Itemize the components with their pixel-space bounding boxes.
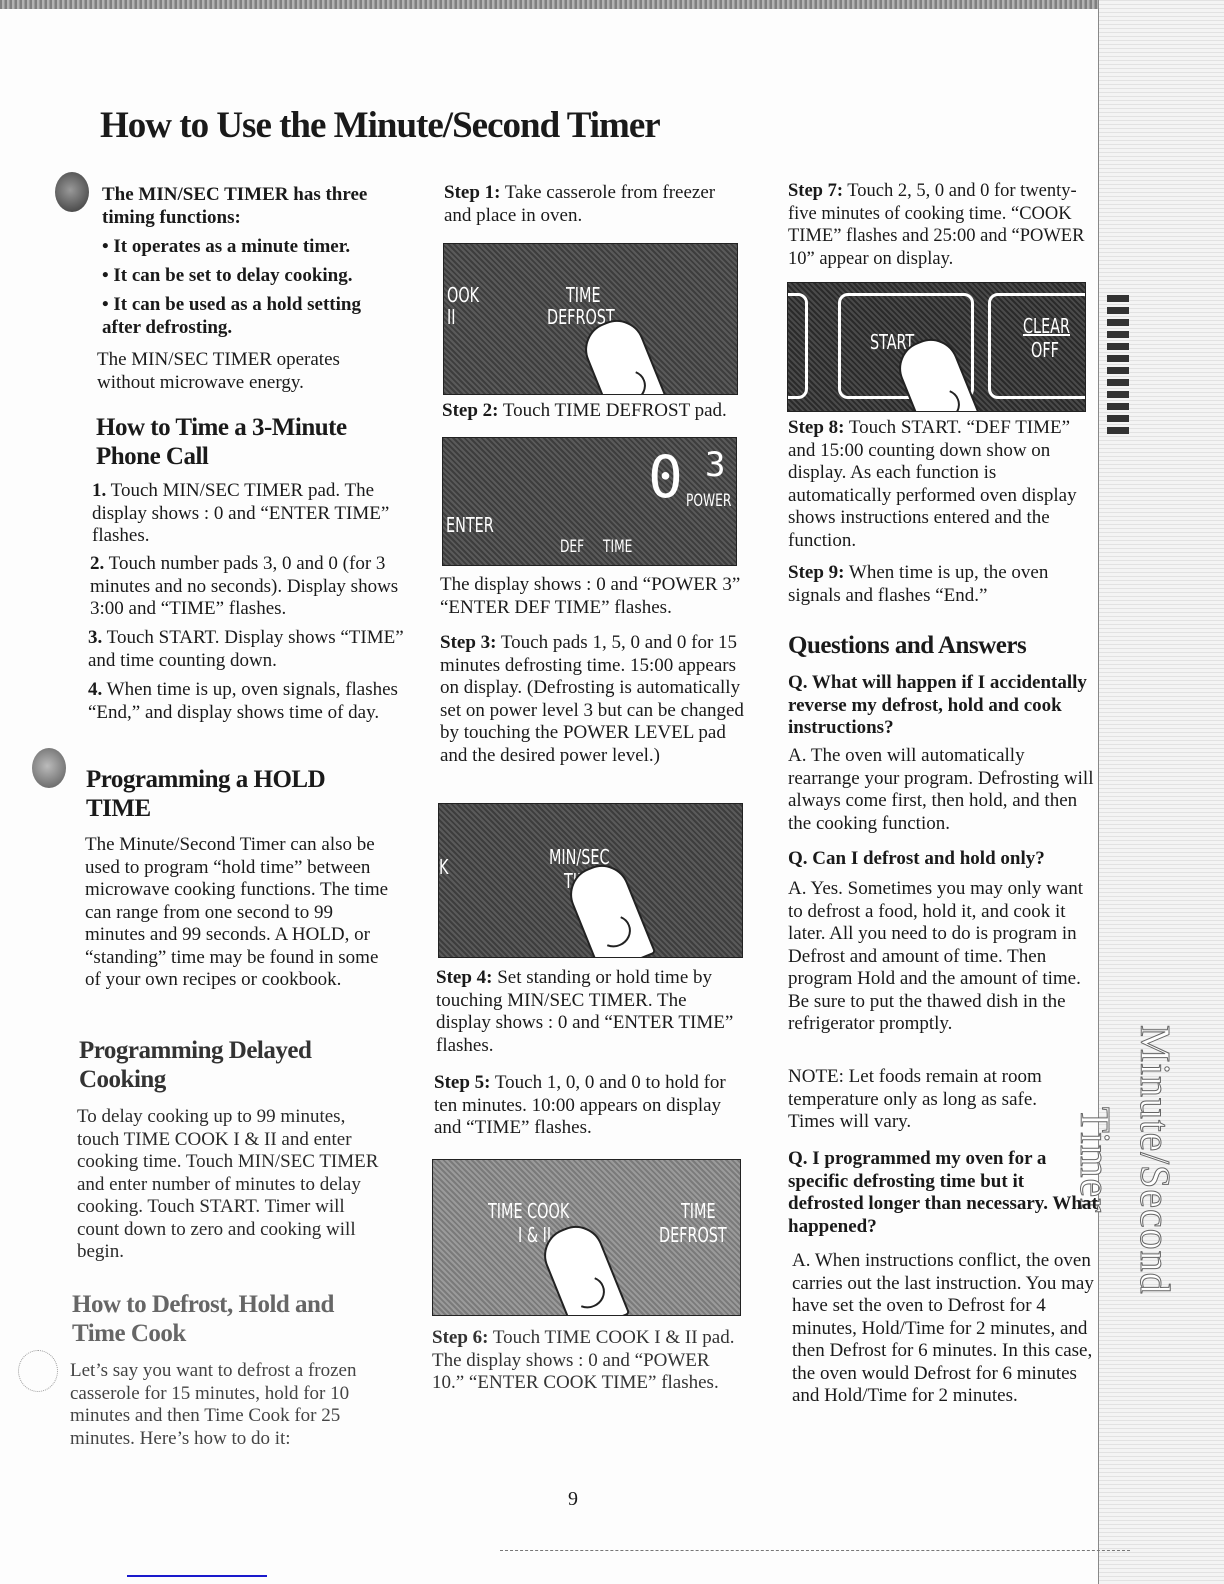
phone-step-1: 1. Touch MIN/SEC TIMER pad. The display … bbox=[92, 480, 422, 548]
fig-label-time-cook: TIME COOK bbox=[488, 1200, 569, 1222]
phone-step-2: 2. Touch number pads 3, 0 and 0 (for 3 m… bbox=[90, 553, 420, 621]
index-marks bbox=[1107, 290, 1137, 439]
defrost-hold-cook-heading: How to Defrost, Hold and Time Cook bbox=[72, 1290, 382, 1348]
delayed-body: To delay cooking up to 99 minutes, touch… bbox=[77, 1106, 387, 1264]
step-2: Step 2: Touch TIME DEFROST pad. bbox=[442, 400, 752, 423]
intro-heading: The MIN/SEC TIMER has three timing funct… bbox=[102, 184, 402, 229]
section-bullet-icon bbox=[18, 1350, 58, 1392]
qa-question: Q. What will happen if I accidentally re… bbox=[788, 672, 1088, 740]
section-bullet-icon bbox=[32, 748, 66, 788]
page-number: 9 bbox=[568, 1488, 578, 1511]
qa-answer: A. Yes. Sometimes you may only want to d… bbox=[788, 878, 1098, 1036]
step-4: Step 4: Set standing or hold time by tou… bbox=[436, 967, 746, 1057]
blue-underline-mark bbox=[127, 1575, 267, 1577]
qa-heading: Questions and Answers bbox=[788, 631, 1088, 660]
display-def-label: DEF bbox=[560, 536, 584, 558]
fig-label-time: TIME bbox=[566, 284, 601, 306]
qa-answer: A. When instructions conflict, the oven … bbox=[792, 1250, 1102, 1408]
qa-answer: A. The oven will automatically rearrange… bbox=[788, 745, 1098, 835]
qa-note: NOTE: Let foods remain at room temperatu… bbox=[788, 1066, 1088, 1134]
display-enter-label: ENTER bbox=[446, 514, 494, 536]
fig-label-off: OFF bbox=[1031, 339, 1059, 361]
display-power-digit: 3 bbox=[705, 448, 725, 482]
fig-label-defrost2: DEFROST bbox=[659, 1224, 727, 1246]
qa-question: Q. I programmed my oven for a specific d… bbox=[788, 1148, 1098, 1238]
intro-bullet: • It operates as a minute timer. bbox=[102, 236, 412, 259]
qa-question: Q. Can I defrost and hold only? bbox=[788, 848, 1098, 871]
intro-note: The MIN/SEC TIMER operates without micro… bbox=[97, 349, 397, 394]
pad-outline bbox=[787, 293, 808, 399]
fig-label-time2: TIME bbox=[681, 1200, 716, 1222]
step-1: Step 1: Take casserole from freezer and … bbox=[444, 182, 744, 227]
figure-min-sec-timer-pad: K MIN/SEC TIMER bbox=[438, 803, 743, 958]
figure-display-power3: 0 3 POWER ENTER DEF TIME bbox=[442, 437, 737, 566]
step-3: Step 3: Touch pads 1, 5, 0 and 0 for 15 … bbox=[440, 632, 750, 767]
step-6: Step 6: Touch TIME COOK I & II pad. The … bbox=[432, 1327, 742, 1395]
figure-time-defrost-pad: OOK II TIME DEFROST bbox=[443, 243, 738, 395]
fig-label-k: K bbox=[439, 856, 448, 878]
hold-time-body: The Minute/Second Timer can also be used… bbox=[85, 834, 395, 992]
figure-time-cook-pad: TIME COOK I & II TIME DEFROST bbox=[432, 1159, 741, 1316]
side-tab-strip: Minute/Second Timer bbox=[1098, 0, 1224, 1584]
scan-bottom-edge bbox=[500, 1550, 1130, 1551]
figure-start-pad: START CLEAR OFF bbox=[787, 282, 1086, 412]
display-power-label: POWER bbox=[686, 490, 731, 512]
phone-step-3: 3. Touch START. Display shows “TIME” and… bbox=[88, 627, 418, 672]
scan-top-edge bbox=[0, 0, 1224, 9]
step-5: Step 5: Touch 1, 0, 0 and 0 to hold for … bbox=[434, 1072, 744, 1140]
intro-bullet: • It can be used as a hold setting after… bbox=[102, 294, 402, 339]
step-7: Step 7: Touch 2, 5, 0 and 0 for twenty-f… bbox=[788, 180, 1088, 270]
page-title: How to Use the Minute/Second Timer bbox=[100, 104, 660, 147]
delayed-heading: Programming Delayed Cooking bbox=[79, 1036, 379, 1094]
step-8: Step 8: Touch START. “DEF TIME” and 15:0… bbox=[788, 417, 1088, 552]
section-bullet-icon bbox=[55, 172, 89, 212]
step-9: Step 9: When time is up, the oven signal… bbox=[788, 562, 1088, 607]
phone-call-heading: How to Time a 3-Minute Phone Call bbox=[96, 413, 396, 471]
fig-label-clear: CLEAR bbox=[1023, 315, 1070, 337]
defrost-hold-cook-body: Let’s say you want to defrost a frozen c… bbox=[70, 1360, 390, 1450]
display-digit: 0 bbox=[648, 448, 683, 506]
hold-time-heading: Programming a HOLD TIME bbox=[86, 765, 386, 823]
fig-label-cook: OOK II bbox=[447, 284, 479, 328]
display-shows-text: The display shows : 0 and “POWER 3” “ENT… bbox=[440, 574, 750, 619]
intro-bullet: • It can be set to delay cooking. bbox=[102, 265, 412, 288]
side-tab-label: Minute/Second Timer bbox=[1124, 975, 1184, 1345]
display-time-label: TIME bbox=[603, 536, 632, 558]
phone-step-4: 4. When time is up, oven signals, flashe… bbox=[88, 679, 418, 724]
